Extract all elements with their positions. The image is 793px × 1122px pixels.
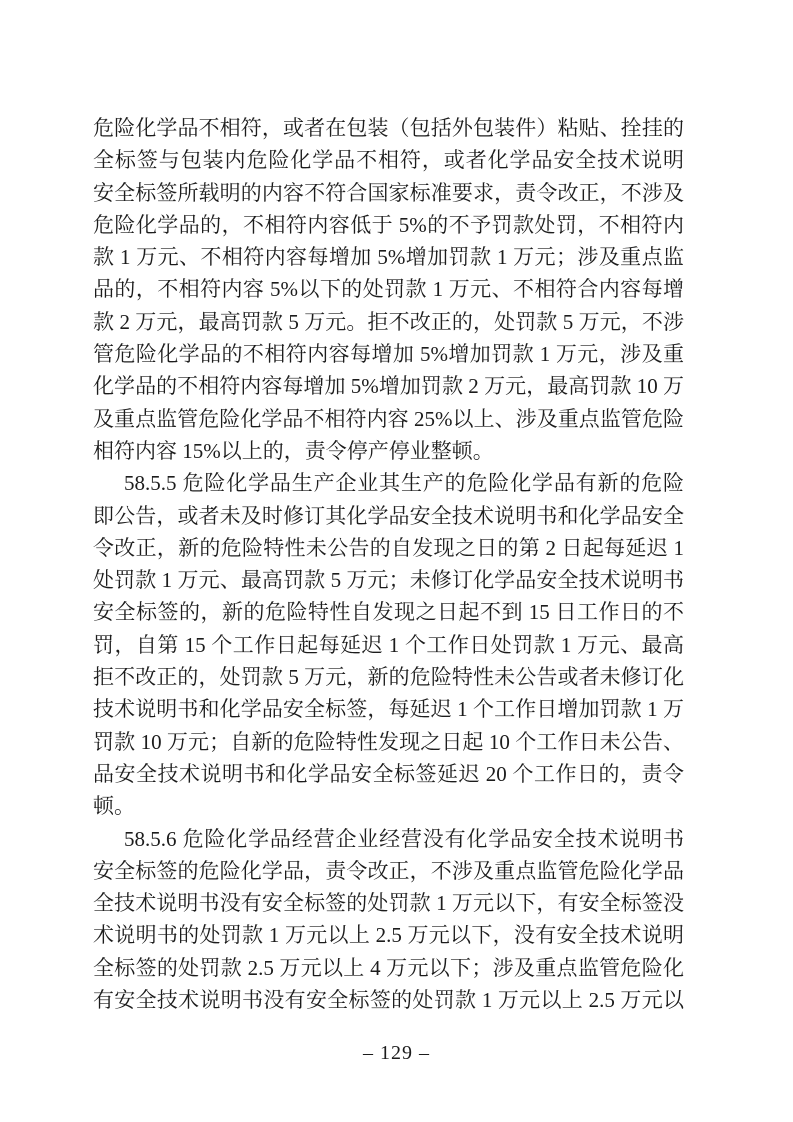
text-line: 即公告，或者未及时修订其化学品安全技术说明书和化学品安全标签，责 bbox=[93, 500, 684, 532]
text-line: 令改正，新的危险特性未公告的自发现之日的第 2 日起每延迟 1 个工作日 bbox=[93, 532, 684, 564]
text-line: 危险化学品不相符，或者在包装（包括外包装件）粘贴、拴挂的化学品安 bbox=[93, 112, 684, 144]
text-line-section-58-5-6: 58.5.6 危险化学品经营企业经营没有化学品安全技术说明书和化学品 bbox=[93, 823, 684, 855]
text-line: 款 1 万元、不相符内容每增加 5%增加罚款 1 万元；涉及重点监管危险化学 bbox=[93, 241, 684, 273]
page-number: – 129 – bbox=[363, 1042, 430, 1064]
text-line: 及重点监管危险化学品不相符内容 25%以上、涉及重点监管危险化学品不 bbox=[93, 403, 684, 435]
text-line: 处罚款 1 万元、最高罚款 5 万元；未修订化学品安全技术说明书和化学品 bbox=[93, 564, 684, 596]
page-footer: – 129 – bbox=[0, 1042, 793, 1065]
text-line: 技术说明书和化学品安全标签，每延迟 1 个工作日增加罚款 1 万元、最高 bbox=[93, 693, 684, 725]
text-line: 安全标签的危险化学品，责令改正，不涉及重点监管危险化学品的，有安 bbox=[93, 855, 684, 887]
text-line: 罚款 10 万元；自新的危险特性发现之日起 10 个工作日未公告、修订化学 bbox=[93, 726, 684, 758]
text-line: 危险化学品的，不相符内容低于 5%的不予罚款处罚，不相符内容 5%的处罚 bbox=[93, 209, 684, 241]
text-line: 品安全技术说明书和化学品安全标签延迟 20 个工作日的，责令停产停业整 bbox=[93, 758, 684, 790]
document-body: 危险化学品不相符，或者在包装（包括外包装件）粘贴、拴挂的化学品安 全标签与包装内… bbox=[93, 112, 684, 1016]
text-line: 化学品的不相符内容每增加 5%增加罚款 2 万元，最高罚款 10 万元；不涉 bbox=[93, 370, 684, 402]
text-line: 款 2 万元，最高罚款 5 万元。拒不改正的，处罚款 5 万元，不涉及重点监 bbox=[93, 306, 684, 338]
text-line: 相符内容 15%以上的，责令停产停业整顿。 bbox=[93, 435, 684, 467]
text-line: 顿。 bbox=[93, 790, 684, 822]
text-line: 罚，自第 15 个工作日起每延迟 1 个工作日处罚款 1 万元、最高罚款 5 万… bbox=[93, 629, 684, 661]
text-line: 全技术说明书没有安全标签的处罚款 1 万元以下，有安全标签没有安全技 bbox=[93, 887, 684, 919]
text-line: 安全标签的，新的危险特性自发现之日起不到 15 日工作日的不予罚款处 bbox=[93, 596, 684, 628]
text-line-section-58-5-5: 58.5.5 危险化学品生产企业其生产的危险化学品有新的危险特性不立 bbox=[93, 467, 684, 499]
text-line: 有安全技术说明书没有安全标签的处罚款 1 万元以上 2.5 万元以下，有安 bbox=[93, 984, 684, 1016]
text-line: 品的，不相符内容 5%以下的处罚款 1 万元、不相符合内容每增加 5%增加罚 bbox=[93, 273, 684, 305]
text-line: 拒不改正的，处罚款 5 万元，新的危险特性未公告或者未修订化学品安全 bbox=[93, 661, 684, 693]
text-line: 全标签与包装内危险化学品不相符，或者化学品安全技术说明书、化学品 bbox=[93, 144, 684, 176]
text-line: 全标签的处罚款 2.5 万元以上 4 万元以下；涉及重点监管危险化学品的， bbox=[93, 952, 684, 984]
text-line: 管危险化学品的不相符内容每增加 5%增加罚款 1 万元，涉及重点监管危险 bbox=[93, 338, 684, 370]
document-page: 危险化学品不相符，或者在包装（包括外包装件）粘贴、拴挂的化学品安 全标签与包装内… bbox=[0, 0, 793, 1122]
text-line: 术说明书的处罚款 1 万元以上 2.5 万元以下，没有安全技术说明书没有安 bbox=[93, 919, 684, 951]
text-line: 安全标签所载明的内容不符合国家标准要求，责令改正，不涉及重点监管 bbox=[93, 177, 684, 209]
